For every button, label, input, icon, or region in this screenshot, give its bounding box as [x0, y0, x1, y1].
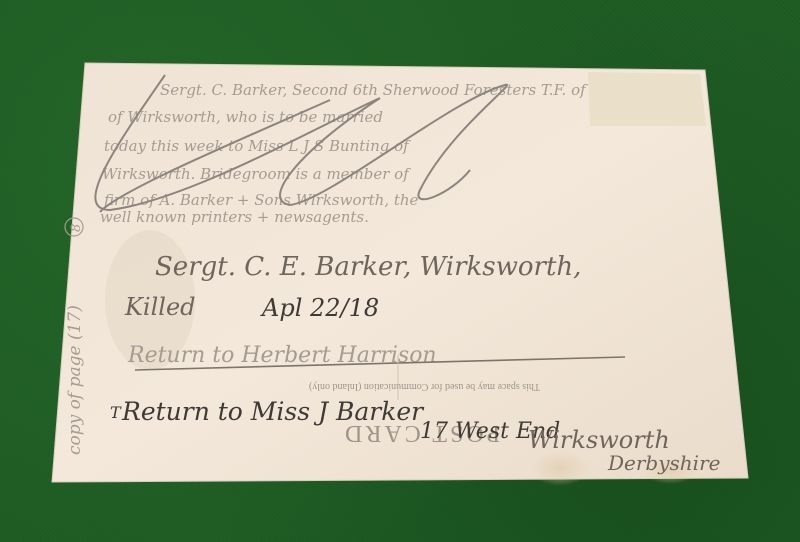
photo-scene: Sergt. C. Barker, Second 6th Sherwood Fo… — [0, 0, 800, 542]
message-line: Wirksworth. Bridegroom is a member of — [102, 165, 411, 183]
note-name-line: Sergt. C. E. Barker, Wirksworth, — [155, 252, 581, 282]
crossed-out-text: Return to Herbert Harrison — [127, 343, 437, 368]
side-note-text: copy of page (17) — [65, 305, 85, 455]
tape-stain — [588, 72, 706, 126]
message-line: well known printers + newsagents. — [100, 208, 369, 226]
killed-label: Killed — [124, 293, 196, 321]
circled-number: 8 — [69, 224, 84, 232]
killed-date: Apl 22/18 — [260, 294, 379, 322]
address-town: Wirksworth — [528, 426, 670, 454]
return-to-line: Return to Miss J Barker — [121, 397, 425, 426]
address-county: Derbyshire — [607, 451, 720, 475]
message-line: Sergt. C. Barker, Second 6th Sherwood Fo… — [160, 81, 588, 99]
bottom-stain — [530, 450, 590, 486]
message-line: today this week to Miss L J S Bunting of — [104, 137, 411, 155]
postcard: Sergt. C. Barker, Second 6th Sherwood Fo… — [52, 63, 748, 486]
margin-mark: T — [110, 403, 122, 422]
printed-notice: This space may be used for Communication… — [309, 381, 540, 392]
